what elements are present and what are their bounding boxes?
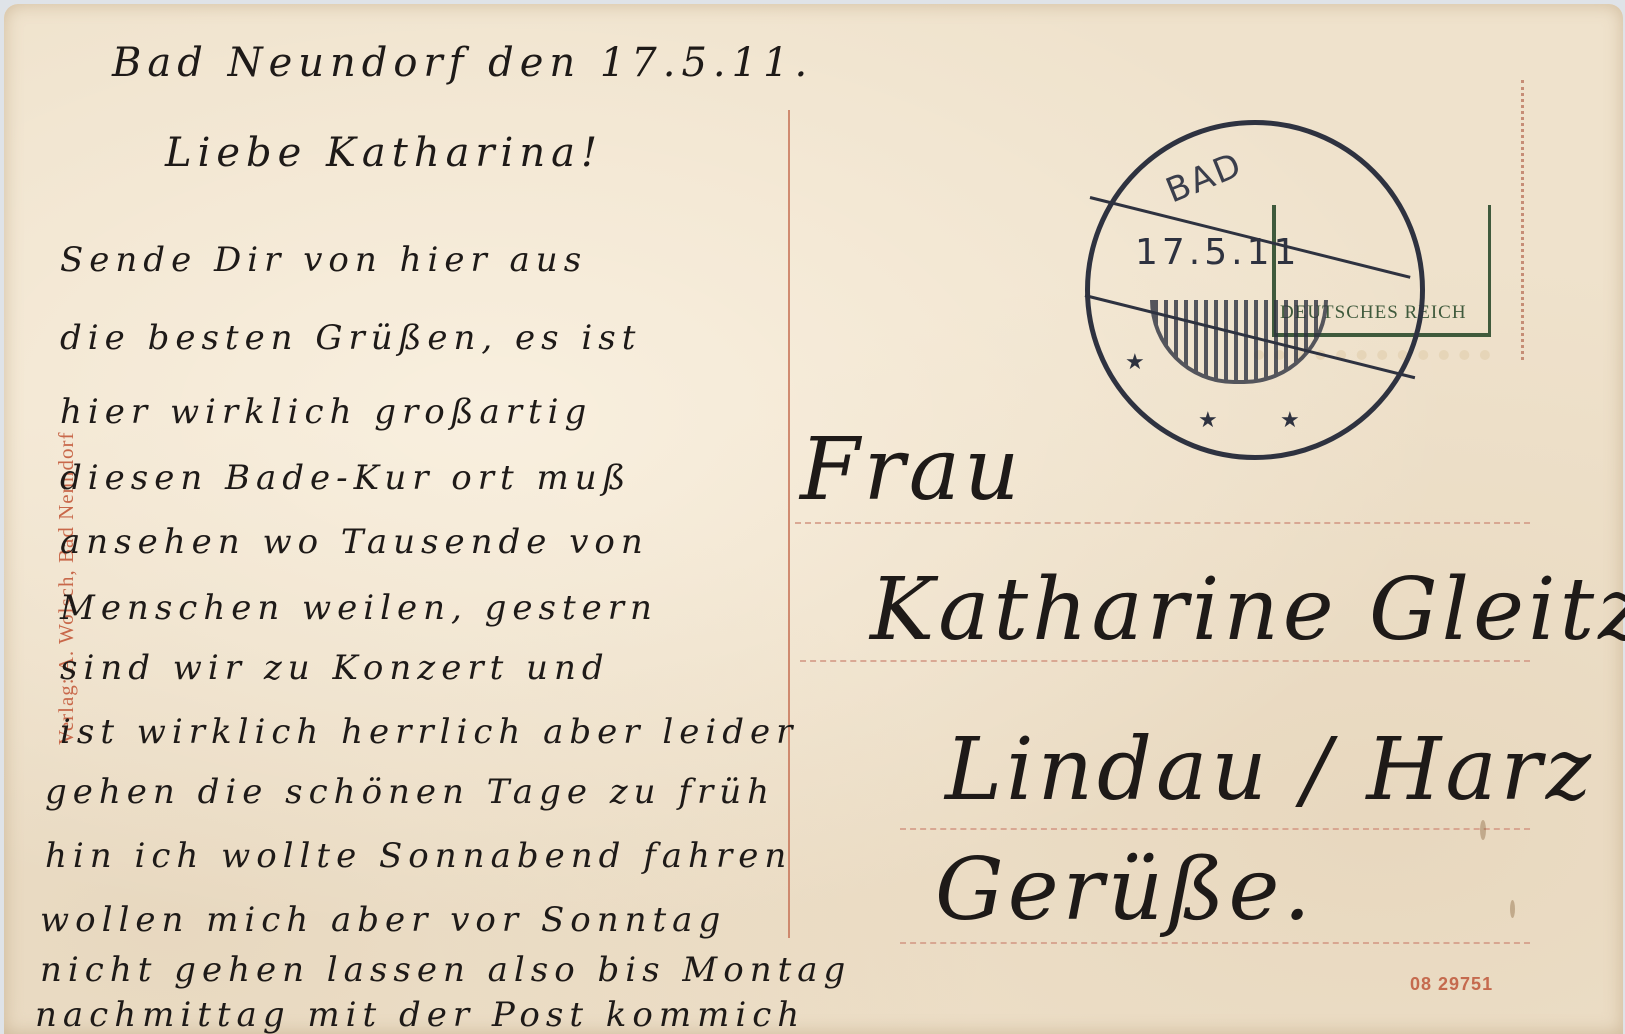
star-icon: ★: [1198, 408, 1218, 433]
message-line: diesen Bade-Kur ort muß: [60, 458, 631, 498]
message-line: sind wir zu Konzert und: [60, 648, 610, 688]
address-line-4: [900, 942, 1530, 944]
serial-number: 08 29751: [1410, 974, 1493, 995]
message-line: hier wirklich großartig: [60, 392, 592, 432]
message-salutation: Liebe Katharina!: [165, 130, 603, 176]
address-line-1: [795, 522, 1530, 524]
postmark-date: 17.5.11: [1135, 232, 1300, 273]
message-line: hin ich wollte Sonnabend fahren: [45, 836, 792, 876]
message-line: wollen mich aber vor Sonntag: [40, 900, 726, 940]
address-city: Lindau / Harz: [945, 720, 1595, 820]
message-line: Menschen weilen, gestern: [60, 588, 658, 628]
message-line: gehen die schönen Tage zu früh: [45, 772, 775, 812]
message-line: Sende Dir von hier aus: [60, 240, 587, 280]
message-line: ist wirklich herrlich aber leider: [60, 712, 798, 752]
message-heading: Bad Neundorf den 17.5.11.: [112, 40, 813, 86]
star-icon: ★: [1125, 350, 1145, 375]
star-icon: ★: [1280, 408, 1300, 433]
stamp-box-border: [1521, 80, 1524, 360]
message-line: die besten Grüßen, es ist: [60, 318, 641, 358]
address-line-2: [800, 660, 1530, 662]
message-line: nicht gehen lassen also bis Montag: [40, 950, 851, 990]
center-divider-line: [788, 110, 790, 938]
postmark-circle: [1085, 120, 1425, 460]
address-salutation: Frau: [800, 420, 1023, 520]
ink-smudge: [1480, 820, 1486, 840]
address-extra: Gerüße.: [935, 840, 1315, 940]
message-line: nachmittag mit der Post kommich: [35, 995, 805, 1034]
address-name: Katharine Gleitz: [870, 560, 1625, 660]
address-line-3: [900, 828, 1530, 830]
message-line: ansehen wo Tausende von: [60, 522, 649, 562]
ink-smudge: [1510, 900, 1515, 918]
